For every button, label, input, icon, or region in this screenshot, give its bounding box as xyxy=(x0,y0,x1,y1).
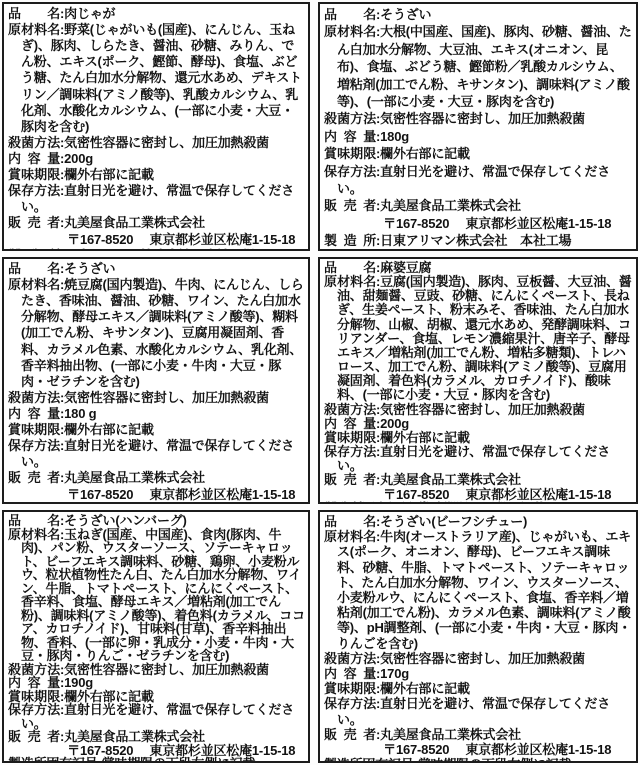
field-label-manufacturer: 製造所 xyxy=(324,232,376,249)
field-value-ingredients: 焼豆腐(国内製造)、牛肉、にんじん、しらたき、香味油、醤油、砂糖、ワイン、たん白… xyxy=(21,277,304,389)
field-value2-seller: 〒167-8520 東京都杉並区松庵1-15-18 xyxy=(383,215,633,232)
field-value-manufacturer: 日東アリマン株式会社 本社工場 xyxy=(380,233,571,248)
field-sterilization: 殺菌方法:気密性容器に密封し、加圧加熱殺菌 xyxy=(8,390,305,406)
field-label-seller: 販売者 xyxy=(324,727,376,742)
field-seller: 販売者:丸美屋食品工業株式会社〒167-8520 東京都杉並区松庵1-15-18 xyxy=(324,197,633,232)
field-value-best-before: 欄外右部に記載 xyxy=(380,146,470,161)
field-label-seller: 販売者 xyxy=(8,215,60,231)
field-value-seller: 丸美屋食品工業株式会社 xyxy=(64,729,205,744)
field-label-product-name: 品名 xyxy=(8,514,60,528)
field-label-best-before: 賞味期限 xyxy=(324,145,376,162)
field-value-storage: 直射日光を避け、常温で保存してください。 xyxy=(337,444,610,473)
field-label-factory-code: 製造所固有記号 xyxy=(8,757,98,763)
field-value-ingredients: 牛肉(オーストラリア産)、じゃがいも、エキス(ポーク、オニオン、酵母)、ビーフエ… xyxy=(337,529,631,650)
field-label-product-name: 品名 xyxy=(324,261,376,275)
field-value-product-name: 麻婆豆腐 xyxy=(380,260,431,275)
field-best-before: 賞味期限:欄外右部に記載 xyxy=(324,145,633,162)
field-best-before: 賞味期限:欄外右部に記載 xyxy=(324,681,633,696)
field-value-net-content: 200g xyxy=(380,416,409,431)
field-label-net-content: 内容量 xyxy=(8,406,60,422)
field-value-net-content: 180g xyxy=(380,129,409,144)
field-label-storage: 保存方法 xyxy=(324,696,376,711)
field-label-storage: 保存方法 xyxy=(8,183,60,199)
field-value-net-content: 180 g xyxy=(64,406,96,421)
field-label-storage: 保存方法 xyxy=(324,445,376,459)
field-label-product-name: 品名 xyxy=(324,514,376,529)
field-label-product-name: 品名 xyxy=(324,6,376,23)
field-best-before: 賞味期限:欄外右部に記載 xyxy=(8,690,305,704)
field-value2-seller: 〒167-8520 東京都杉並区松庵1-15-18 xyxy=(383,742,633,757)
field-label-net-content: 内容量 xyxy=(324,666,376,681)
product-label-panel-mabo-dofu: 品名:麻婆豆腐原材料名:豆腐(国内製造)、豚肉、豆板醤、大豆油、醤油、甜麺醤、豆… xyxy=(318,257,638,504)
field-label-ingredients: 原材料名 xyxy=(8,528,60,542)
field-product-name: 品名:肉じゃが xyxy=(8,6,305,22)
field-label-ingredients: 原材料名 xyxy=(324,23,376,40)
field-label-best-before: 賞味期限 xyxy=(8,422,60,438)
field-seller: 販売者:丸美屋食品工業株式会社〒167-8520 東京都杉並区松庵1-15-18 xyxy=(324,473,633,501)
field-storage: 保存方法:直射日光を避け、常温で保存してください。 xyxy=(324,163,633,198)
field-net-content: 内容量:180g xyxy=(324,128,633,145)
field-label-storage: 保存方法 xyxy=(324,163,376,180)
field-sterilization: 殺菌方法:気密性容器に密封し、加圧加熱殺菌 xyxy=(8,135,305,151)
field-seller: 販売者:丸美屋食品工業株式会社〒167-8520 東京都杉並区松庵1-15-18 xyxy=(8,730,305,757)
field-value2-seller: 〒167-8520 東京都杉並区松庵1-15-18 xyxy=(67,487,305,503)
field-net-content: 内容量:200g xyxy=(8,151,305,167)
field-value-factory-code: 賞味期限の下段に記載 xyxy=(418,501,546,504)
field-label-seller: 販売者 xyxy=(324,197,376,214)
field-value-storage: 直射日光を避け、常温で保存してください。 xyxy=(337,164,610,196)
field-ingredients: 原材料名:豆腐(国内製造)、豚肉、豆板醤、大豆油、醤油、甜麺醤、豆豉、砂糖、にん… xyxy=(324,275,633,402)
field-label-best-before: 賞味期限 xyxy=(8,167,60,183)
field-net-content: 内容量:190g xyxy=(8,676,305,690)
field-value-best-before: 欄外右部に記載 xyxy=(380,430,470,445)
field-label-ingredients: 原材料名 xyxy=(324,529,376,544)
field-label-sterilization: 殺菌方法 xyxy=(324,110,376,127)
field-manufacturer: 製造所:日東アリマン株式会社 本社工場新潟県新発田市岡田1578-4 xyxy=(8,503,305,504)
field-value-storage: 直射日光を避け、常温で保存してください。 xyxy=(21,702,294,731)
field-value-seller: 丸美屋食品工業株式会社 xyxy=(64,215,205,230)
label-sheet: 品名:肉じゃが原材料名:野菜(じゃがいも(国産)、にんじん、玉ねぎ)、豚肉、しら… xyxy=(0,0,640,765)
field-value-product-name: 肉じゃが xyxy=(64,6,115,21)
field-label-seller: 販売者 xyxy=(8,730,60,744)
field-label-manufacturer: 製造所 xyxy=(8,503,60,504)
field-value-manufacturer: 日東アリマン株式会社 本社工場 xyxy=(64,248,255,251)
field-label-ingredients: 原材料名 xyxy=(8,22,60,38)
field-label-sterilization: 殺菌方法 xyxy=(8,663,60,677)
field-value-net-content: 200g xyxy=(64,151,93,166)
field-value-sterilization: 気密性容器に密封し、加圧加熱殺菌 xyxy=(64,135,269,150)
field-label-ingredients: 原材料名 xyxy=(8,277,60,293)
product-label-panel-nikujaga: 品名:肉じゃが原材料名:野菜(じゃがいも(国産)、にんじん、玉ねぎ)、豚肉、しら… xyxy=(2,2,310,251)
field-factory-code: 製造所固有記号:賞味期限の下段左側に記載 xyxy=(324,757,633,763)
field-label-ingredients: 原材料名 xyxy=(324,275,376,289)
field-storage: 保存方法:直射日光を避け、常温で保存してください。 xyxy=(8,183,305,215)
field-seller: 販売者:丸美屋食品工業株式会社〒167-8520 東京都杉並区松庵1-15-18 xyxy=(324,727,633,757)
field-net-content: 内容量:180 g xyxy=(8,406,305,422)
field-value-storage: 直射日光を避け、常温で保存してください。 xyxy=(21,438,294,469)
field-ingredients: 原材料名:牛肉(オーストラリア産)、じゃがいも、エキス(ポーク、オニオン、酵母)… xyxy=(324,529,633,651)
field-label-seller: 販売者 xyxy=(8,470,60,486)
field-value2-manufacturer: 新潟県新発田市岡田1578-4 xyxy=(383,250,633,251)
field-label-storage: 保存方法 xyxy=(8,703,60,717)
field-value-storage: 直射日光を避け、常温で保存してください。 xyxy=(21,183,294,214)
field-product-name: 品名:そうざい xyxy=(324,6,633,23)
field-label-product-name: 品名 xyxy=(8,6,60,22)
field-value2-seller: 〒167-8520 東京都杉並区松庵1-15-18 xyxy=(67,232,305,248)
field-value-sterilization: 気密性容器に密封し、加圧加熱殺菌 xyxy=(380,651,585,666)
field-label-best-before: 賞味期限 xyxy=(324,681,376,696)
field-label-best-before: 賞味期限 xyxy=(8,690,60,704)
field-value-ingredients: 豆腐(国内製造)、豚肉、豆板醤、大豆油、醤油、甜麺醤、豆豉、砂糖、にんにくペース… xyxy=(337,274,632,402)
field-value-factory-code: 賞味期限の下段左側に記載 xyxy=(102,756,256,763)
field-value-best-before: 欄外右部に記載 xyxy=(64,167,154,182)
field-value-sterilization: 気密性容器に密封し、加圧加熱殺菌 xyxy=(64,390,269,405)
field-ingredients: 原材料名:大根(中国産、国産)、豚肉、砂糖、醤油、たん白加水分解物、大豆油、エキ… xyxy=(324,23,633,110)
field-label-product-name: 品名 xyxy=(8,261,60,277)
field-value2-seller: 〒167-8520 東京都杉並区松庵1-15-18 xyxy=(67,744,305,758)
field-value-storage: 直射日光を避け、常温で保存してください。 xyxy=(337,696,610,726)
field-label-best-before: 賞味期限 xyxy=(324,431,376,445)
field-label-net-content: 内容量 xyxy=(324,128,376,145)
field-value-sterilization: 気密性容器に密封し、加圧加熱殺菌 xyxy=(380,402,585,417)
product-label-panel-souzai-hamburg: 品名:そうざい(ハンバーグ)原材料名:玉ねぎ(国産、中国産)、食肉(豚肉、牛肉)… xyxy=(2,510,310,763)
field-label-sterilization: 殺菌方法 xyxy=(8,390,60,406)
field-label-net-content: 内容量 xyxy=(8,151,60,167)
field-label-seller: 販売者 xyxy=(324,473,376,487)
field-manufacturer: 製造所:日東アリマン株式会社 本社工場新潟県新発田市岡田1578-4 xyxy=(8,248,305,251)
product-label-panel-souzai-sukiyaki: 品名:そうざい原材料名:焼豆腐(国内製造)、牛肉、にんじん、しらたき、香味油、醤… xyxy=(2,257,310,504)
field-best-before: 賞味期限:欄外右部に記載 xyxy=(324,431,633,445)
field-label-sterilization: 殺菌方法 xyxy=(324,651,376,666)
field-ingredients: 原材料名:野菜(じゃがいも(国産)、にんじん、玉ねぎ)、豚肉、しらたき、醤油、砂… xyxy=(8,22,305,135)
field-value-sterilization: 気密性容器に密封し、加圧加熱殺菌 xyxy=(380,111,585,126)
field-product-name: 品名:そうざい(ビーフシチュー) xyxy=(324,514,633,529)
field-storage: 保存方法:直射日光を避け、常温で保存してください。 xyxy=(8,703,305,730)
field-product-name: 品名:そうざい xyxy=(8,261,305,277)
field-label-manufacturer: 製造所 xyxy=(8,248,60,251)
field-value-ingredients: 玉ねぎ(国産、中国産)、食肉(豚肉、牛肉)、パン粉、ウスターソース、ソテーキャロ… xyxy=(21,527,305,664)
field-value-product-name: そうざい xyxy=(380,7,431,22)
field-factory-code: 製造所固有記号:賞味期限の下段に記載 xyxy=(324,502,633,504)
field-seller: 販売者:丸美屋食品工業株式会社〒167-8520 東京都杉並区松庵1-15-18 xyxy=(8,470,305,502)
field-value-best-before: 欄外右部に記載 xyxy=(64,422,154,437)
field-value-seller: 丸美屋食品工業株式会社 xyxy=(64,470,205,485)
field-value-best-before: 欄外右部に記載 xyxy=(380,681,470,696)
field-value-seller: 丸美屋食品工業株式会社 xyxy=(380,727,521,742)
field-label-factory-code: 製造所固有記号 xyxy=(324,757,414,763)
field-value-net-content: 170g xyxy=(380,666,409,681)
field-sterilization: 殺菌方法:気密性容器に密封し、加圧加熱殺菌 xyxy=(324,403,633,417)
product-label-panel-souzai-beef-stew: 品名:そうざい(ビーフシチュー)原材料名:牛肉(オーストラリア産)、じゃがいも、… xyxy=(318,510,638,763)
field-label-sterilization: 殺菌方法 xyxy=(8,135,60,151)
field-net-content: 内容量:170g xyxy=(324,666,633,681)
field-value2-seller: 〒167-8520 東京都杉並区松庵1-15-18 xyxy=(383,488,633,502)
field-value-ingredients: 野菜(じゃがいも(国産)、にんじん、玉ねぎ)、豚肉、しらたき、醤油、砂糖、みりん… xyxy=(21,22,302,134)
field-storage: 保存方法:直射日光を避け、常温で保存してください。 xyxy=(324,696,633,726)
field-manufacturer: 製造所:日東アリマン株式会社 本社工場新潟県新発田市岡田1578-4 xyxy=(324,232,633,251)
field-label-factory-code: 製造所固有記号 xyxy=(324,502,414,504)
field-sterilization: 殺菌方法:気密性容器に密封し、加圧加熱殺菌 xyxy=(324,110,633,127)
field-best-before: 賞味期限:欄外右部に記載 xyxy=(8,167,305,183)
field-product-name: 品名:そうざい(ハンバーグ) xyxy=(8,514,305,528)
product-label-panel-souzai-daikon: 品名:そうざい原材料名:大根(中国産、国産)、豚肉、砂糖、醤油、たん白加水分解物… xyxy=(318,2,638,251)
field-best-before: 賞味期限:欄外右部に記載 xyxy=(8,422,305,438)
field-value-seller: 丸美屋食品工業株式会社 xyxy=(380,472,521,487)
field-value-sterilization: 気密性容器に密封し、加圧加熱殺菌 xyxy=(64,662,269,677)
field-net-content: 内容量:200g xyxy=(324,417,633,431)
field-ingredients: 原材料名:焼豆腐(国内製造)、牛肉、にんじん、しらたき、香味油、醤油、砂糖、ワイ… xyxy=(8,277,305,390)
field-sterilization: 殺菌方法:気密性容器に密封し、加圧加熱殺菌 xyxy=(324,651,633,666)
field-storage: 保存方法:直射日光を避け、常温で保存してください。 xyxy=(8,438,305,470)
field-label-storage: 保存方法 xyxy=(8,438,60,454)
field-seller: 販売者:丸美屋食品工業株式会社〒167-8520 東京都杉並区松庵1-15-18 xyxy=(8,215,305,247)
field-factory-code: 製造所固有記号:賞味期限の下段左側に記載 xyxy=(8,757,305,763)
field-value-product-name: そうざい(ビーフシチュー) xyxy=(380,514,527,529)
field-storage: 保存方法:直射日光を避け、常温で保存してください。 xyxy=(324,445,633,473)
field-label-net-content: 内容量 xyxy=(324,417,376,431)
field-value-product-name: そうざい xyxy=(64,261,115,276)
field-product-name: 品名:麻婆豆腐 xyxy=(324,261,633,275)
field-value-factory-code: 賞味期限の下段左側に記載 xyxy=(418,757,572,763)
field-label-sterilization: 殺菌方法 xyxy=(324,403,376,417)
field-label-net-content: 内容量 xyxy=(8,676,60,690)
field-sterilization: 殺菌方法:気密性容器に密封し、加圧加熱殺菌 xyxy=(8,663,305,677)
field-value-manufacturer: 日東アリマン株式会社 本社工場 xyxy=(64,503,255,504)
field-value-ingredients: 大根(中国産、国産)、豚肉、砂糖、醤油、たん白加水分解物、大豆油、エキス(オニオ… xyxy=(337,24,632,109)
field-ingredients: 原材料名:玉ねぎ(国産、中国産)、食肉(豚肉、牛肉)、パン粉、ウスターソース、ソ… xyxy=(8,528,305,663)
field-value-seller: 丸美屋食品工業株式会社 xyxy=(380,198,521,213)
